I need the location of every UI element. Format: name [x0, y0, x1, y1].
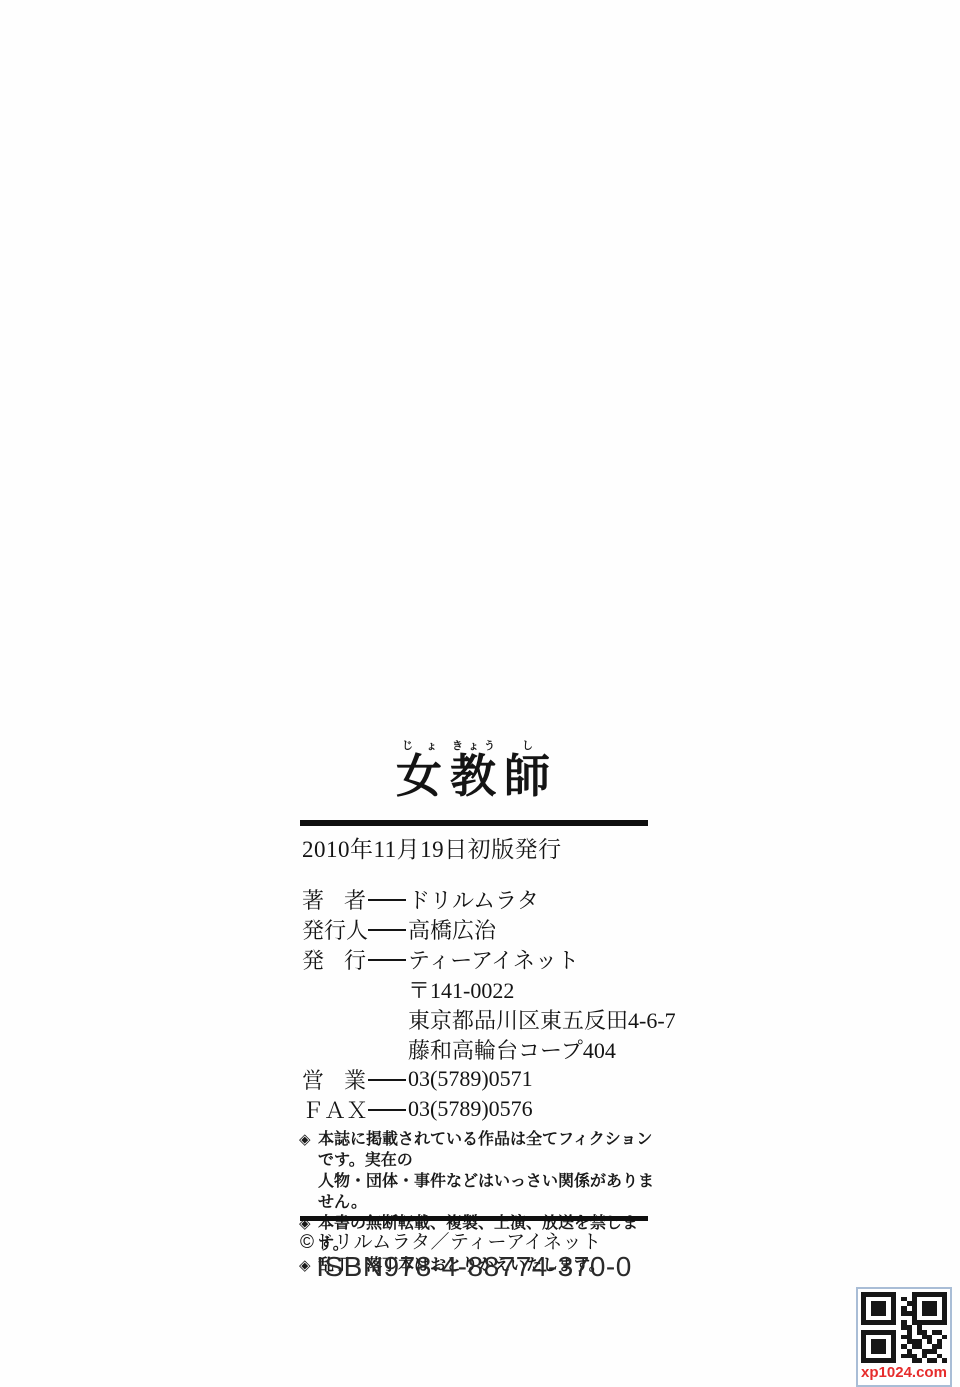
row-label: 発行: [302, 944, 366, 975]
colophon-row: 著者 ドリルムラタ: [302, 884, 650, 914]
colophon-row: 発行人 高橋広治: [302, 914, 650, 944]
furigana-3: し: [504, 740, 552, 752]
colophon-row: 東京都品川区東五反田4-6-7: [302, 1004, 650, 1034]
furigana-1: じょ: [396, 740, 444, 752]
divider-top: [300, 820, 648, 826]
row-value: 東京都品川区東五反田4-6-7: [408, 1004, 676, 1035]
row-value: ティーアイネット: [408, 944, 579, 975]
row-value: 高橋広治: [408, 914, 496, 945]
row-value: 藤和高輪台コープ404: [408, 1034, 616, 1065]
note-bullet-icon: [299, 1171, 318, 1213]
row-label: ＦＡＸ: [302, 1094, 366, 1125]
colophon-row: 藤和高輪台コープ404: [302, 1034, 650, 1064]
book-title: 女じょ教きょう師し: [300, 740, 648, 806]
colophon-page: 女じょ教きょう師し 2010年11月19日初版発行 著者 ドリルムラタ 発行人 …: [0, 0, 960, 1387]
row-label: 営業: [302, 1064, 366, 1095]
watermark-panel: xp1024.com: [856, 1287, 952, 1387]
colophon-row: 発行 ティーアイネット: [302, 944, 650, 974]
row-label: 著者: [302, 884, 366, 915]
dash-connector: [368, 959, 406, 961]
dash-connector: [368, 1109, 406, 1111]
colophon-row: 〒141-0022: [302, 974, 650, 1004]
note-text: 人物・団体・事件などはいっさい関係がありません。: [318, 1171, 659, 1213]
publication-date: 2010年11月19日初版発行: [302, 831, 562, 864]
row-value: 03(5789)0576: [408, 1096, 533, 1122]
colophon-row: 営業 03(5789)0571: [302, 1064, 650, 1094]
dash-connector: [368, 1079, 406, 1081]
title-char-1: 女じょ: [396, 751, 444, 802]
qr-code-icon: [861, 1292, 947, 1363]
divider-bottom: [300, 1216, 648, 1221]
row-value: 03(5789)0571: [408, 1066, 533, 1092]
copyright-line: ©ドリルムラタ／ティーアイネット: [300, 1227, 602, 1254]
row-value: ドリルムラタ: [408, 884, 539, 915]
colophon-rows: 著者 ドリルムラタ 発行人 高橋広治 発行 ティーアイネット 〒141-0022…: [302, 884, 650, 1124]
note-line: 人物・団体・事件などはいっさい関係がありません。: [299, 1171, 659, 1213]
title-char-2: 教きょう: [450, 751, 498, 802]
dash-connector: [368, 899, 406, 901]
isbn-number: ISBN978-4-88774-370-0: [300, 1251, 648, 1283]
furigana-2: きょう: [450, 740, 498, 752]
title-char-3: 師し: [504, 751, 552, 802]
row-value: 〒141-0022: [408, 974, 514, 1005]
watermark-url: xp1024.com: [861, 1363, 947, 1385]
note-text: 本誌に掲載されている作品は全てフィクションです。実在の: [318, 1129, 659, 1171]
dash-connector: [368, 929, 406, 931]
note-line: ◈本誌に掲載されている作品は全てフィクションです。実在の: [299, 1129, 659, 1171]
colophon-row: ＦＡＸ 03(5789)0576: [302, 1094, 650, 1124]
row-label: 発行人: [302, 914, 366, 945]
note-bullet-icon: ◈: [299, 1129, 318, 1171]
